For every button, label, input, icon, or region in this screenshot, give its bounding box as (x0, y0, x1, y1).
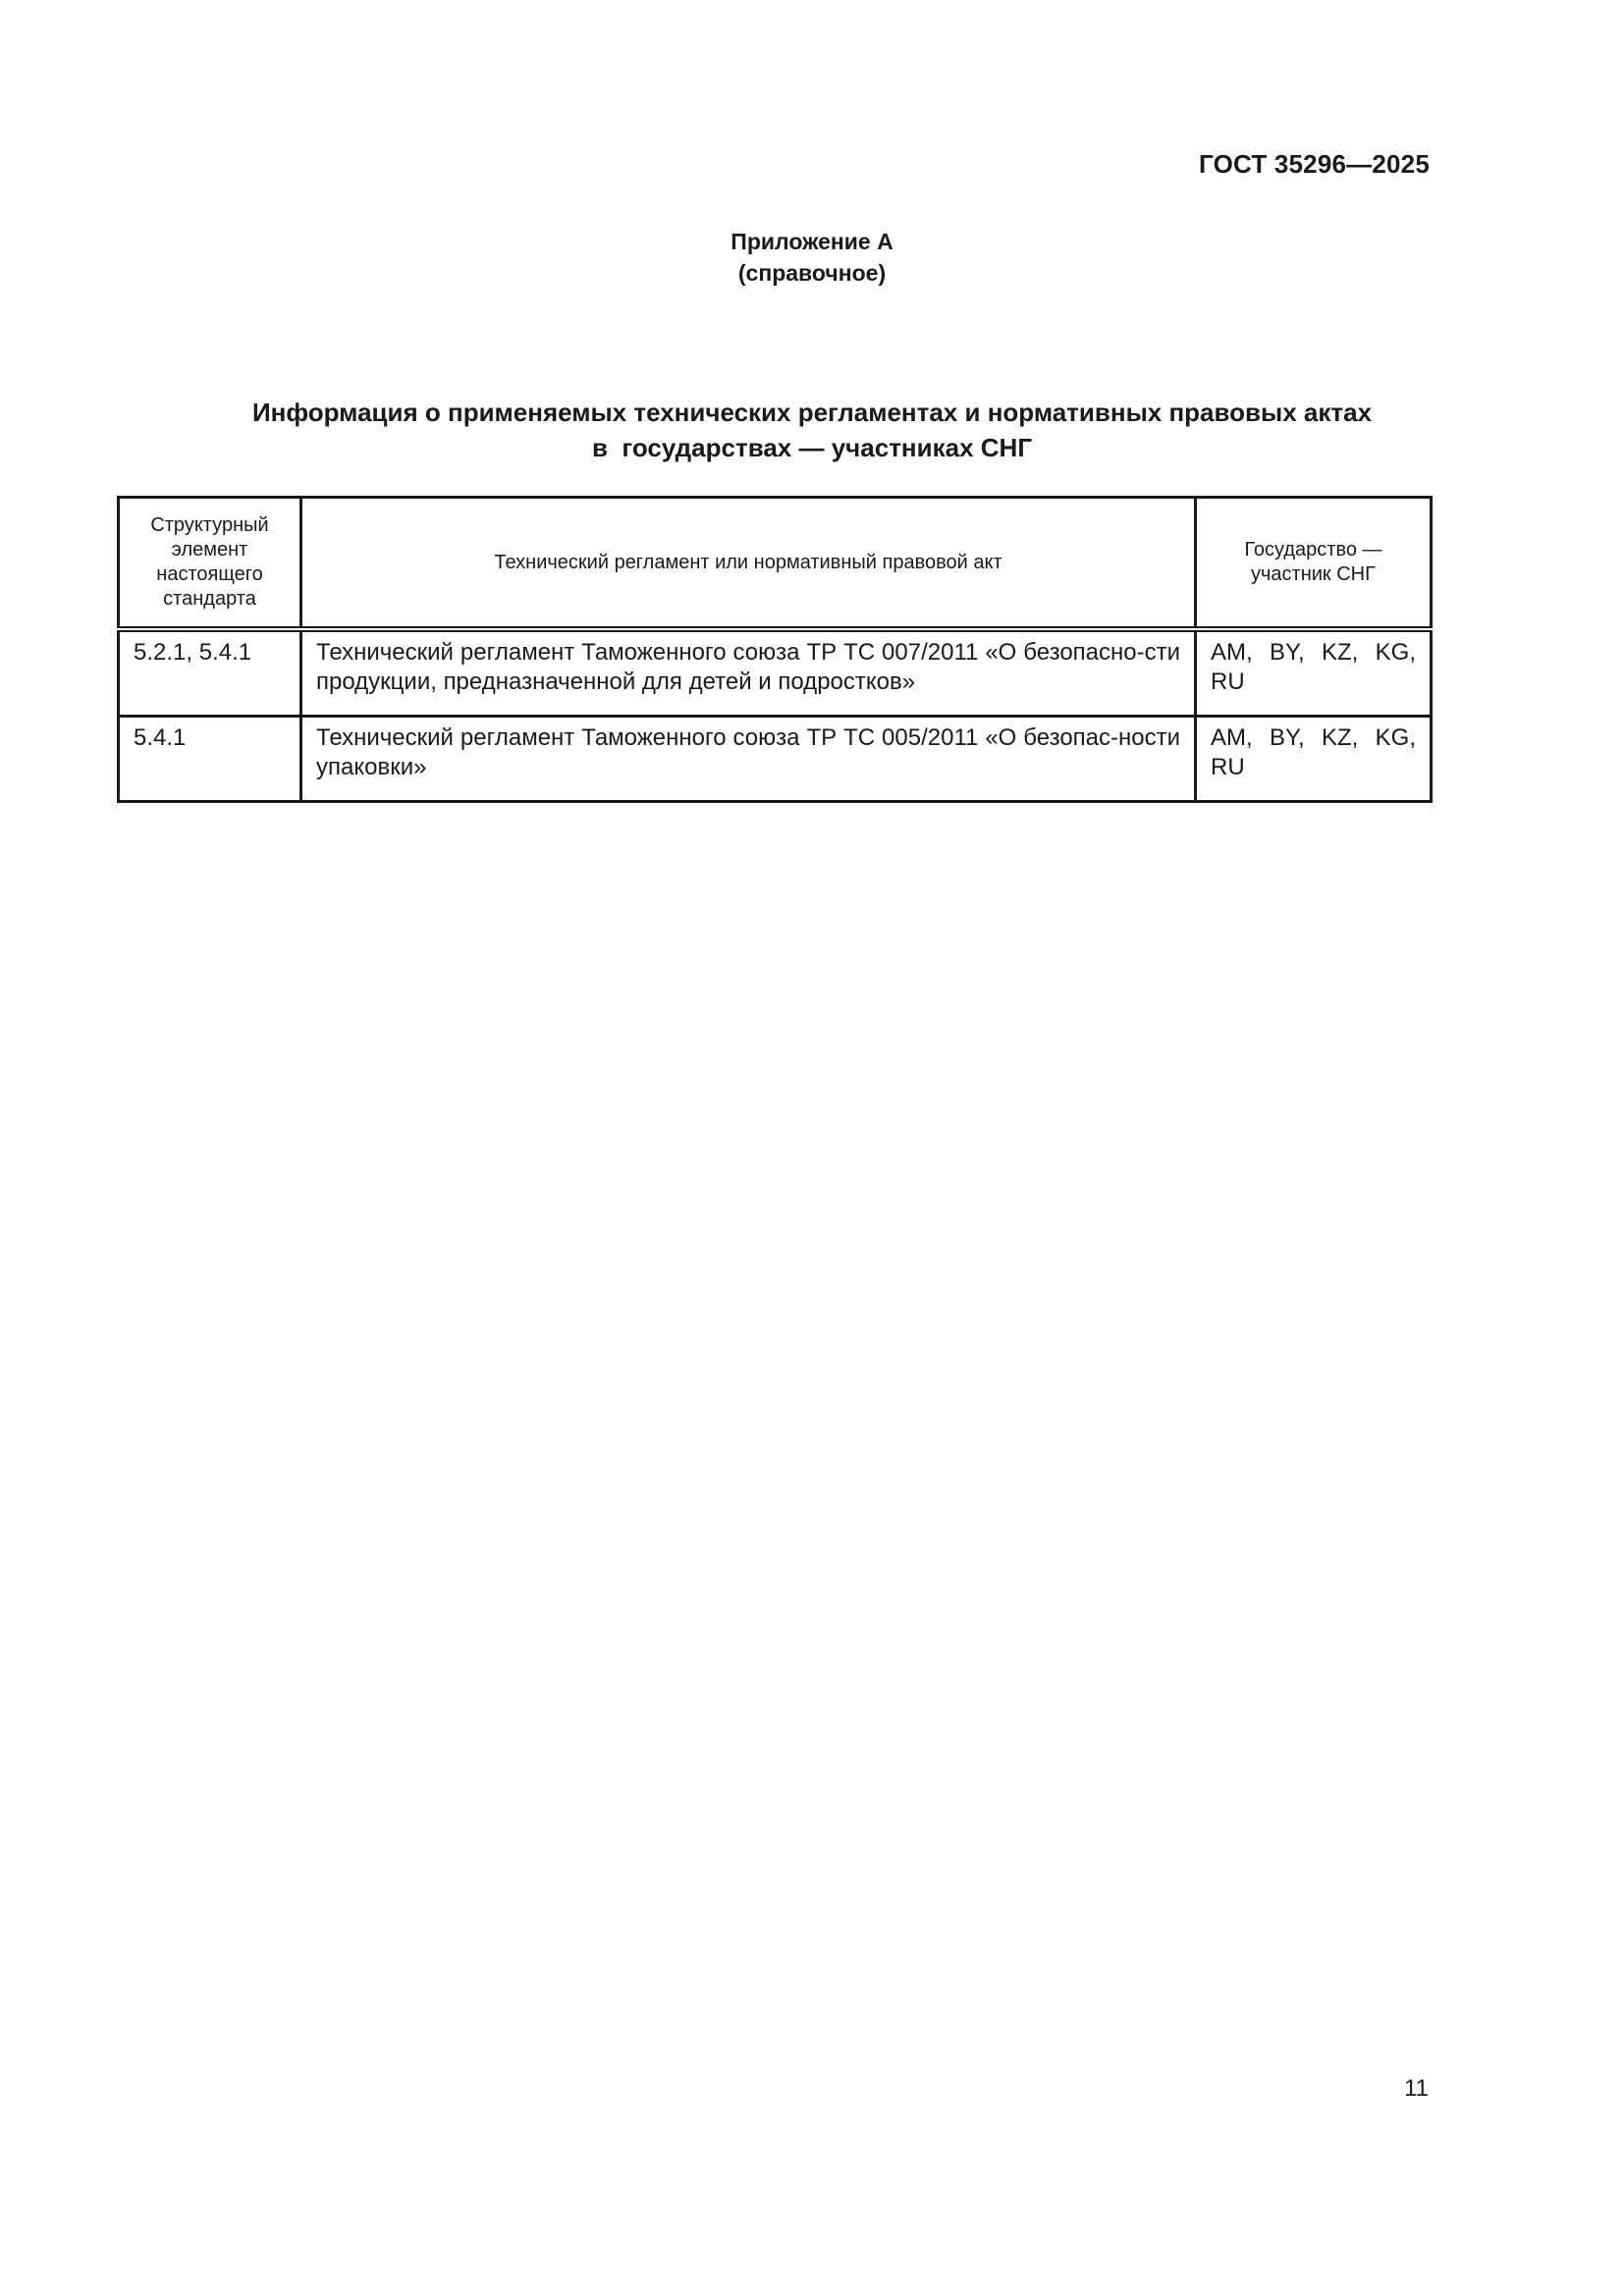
title-line-2: в государствах — участниках СНГ (0, 430, 1624, 465)
cell-states: AM, BY, KZ, KG, RU (1196, 717, 1432, 802)
cell-element: 5.2.1, 5.4.1 (119, 629, 301, 717)
cell-act: Технический регламент Таможенного союза … (301, 717, 1196, 802)
section-title: Информация о применяемых технических рег… (0, 395, 1624, 465)
cell-states: AM, BY, KZ, KG, RU (1196, 629, 1432, 717)
column-header-element: Структурный элемент настоящего стандарта (119, 498, 301, 630)
title-line-1: Информация о применяемых технических рег… (0, 395, 1624, 430)
table-row: 5.4.1 Технический регламент Таможенного … (119, 717, 1432, 802)
column-header-state: Государство — участник СНГ (1196, 498, 1432, 630)
appendix-label: Приложение А (0, 226, 1624, 257)
column-header-act: Технический регламент или нормативный пр… (301, 498, 1196, 630)
appendix-heading: Приложение А (справочное) (0, 226, 1624, 289)
page-number: 11 (1404, 2075, 1429, 2103)
cell-element: 5.4.1 (119, 717, 301, 802)
cell-act: Технический регламент Таможенного союза … (301, 629, 1196, 717)
appendix-type: (справочное) (0, 257, 1624, 289)
regulations-table: Структурный элемент настоящего стандарта… (117, 496, 1433, 803)
standard-code: ГОСТ 35296—2025 (1199, 149, 1430, 180)
table-row: 5.2.1, 5.4.1 Технический регламент Тамож… (119, 629, 1432, 717)
table-header-row: Структурный элемент настоящего стандарта… (119, 498, 1432, 630)
